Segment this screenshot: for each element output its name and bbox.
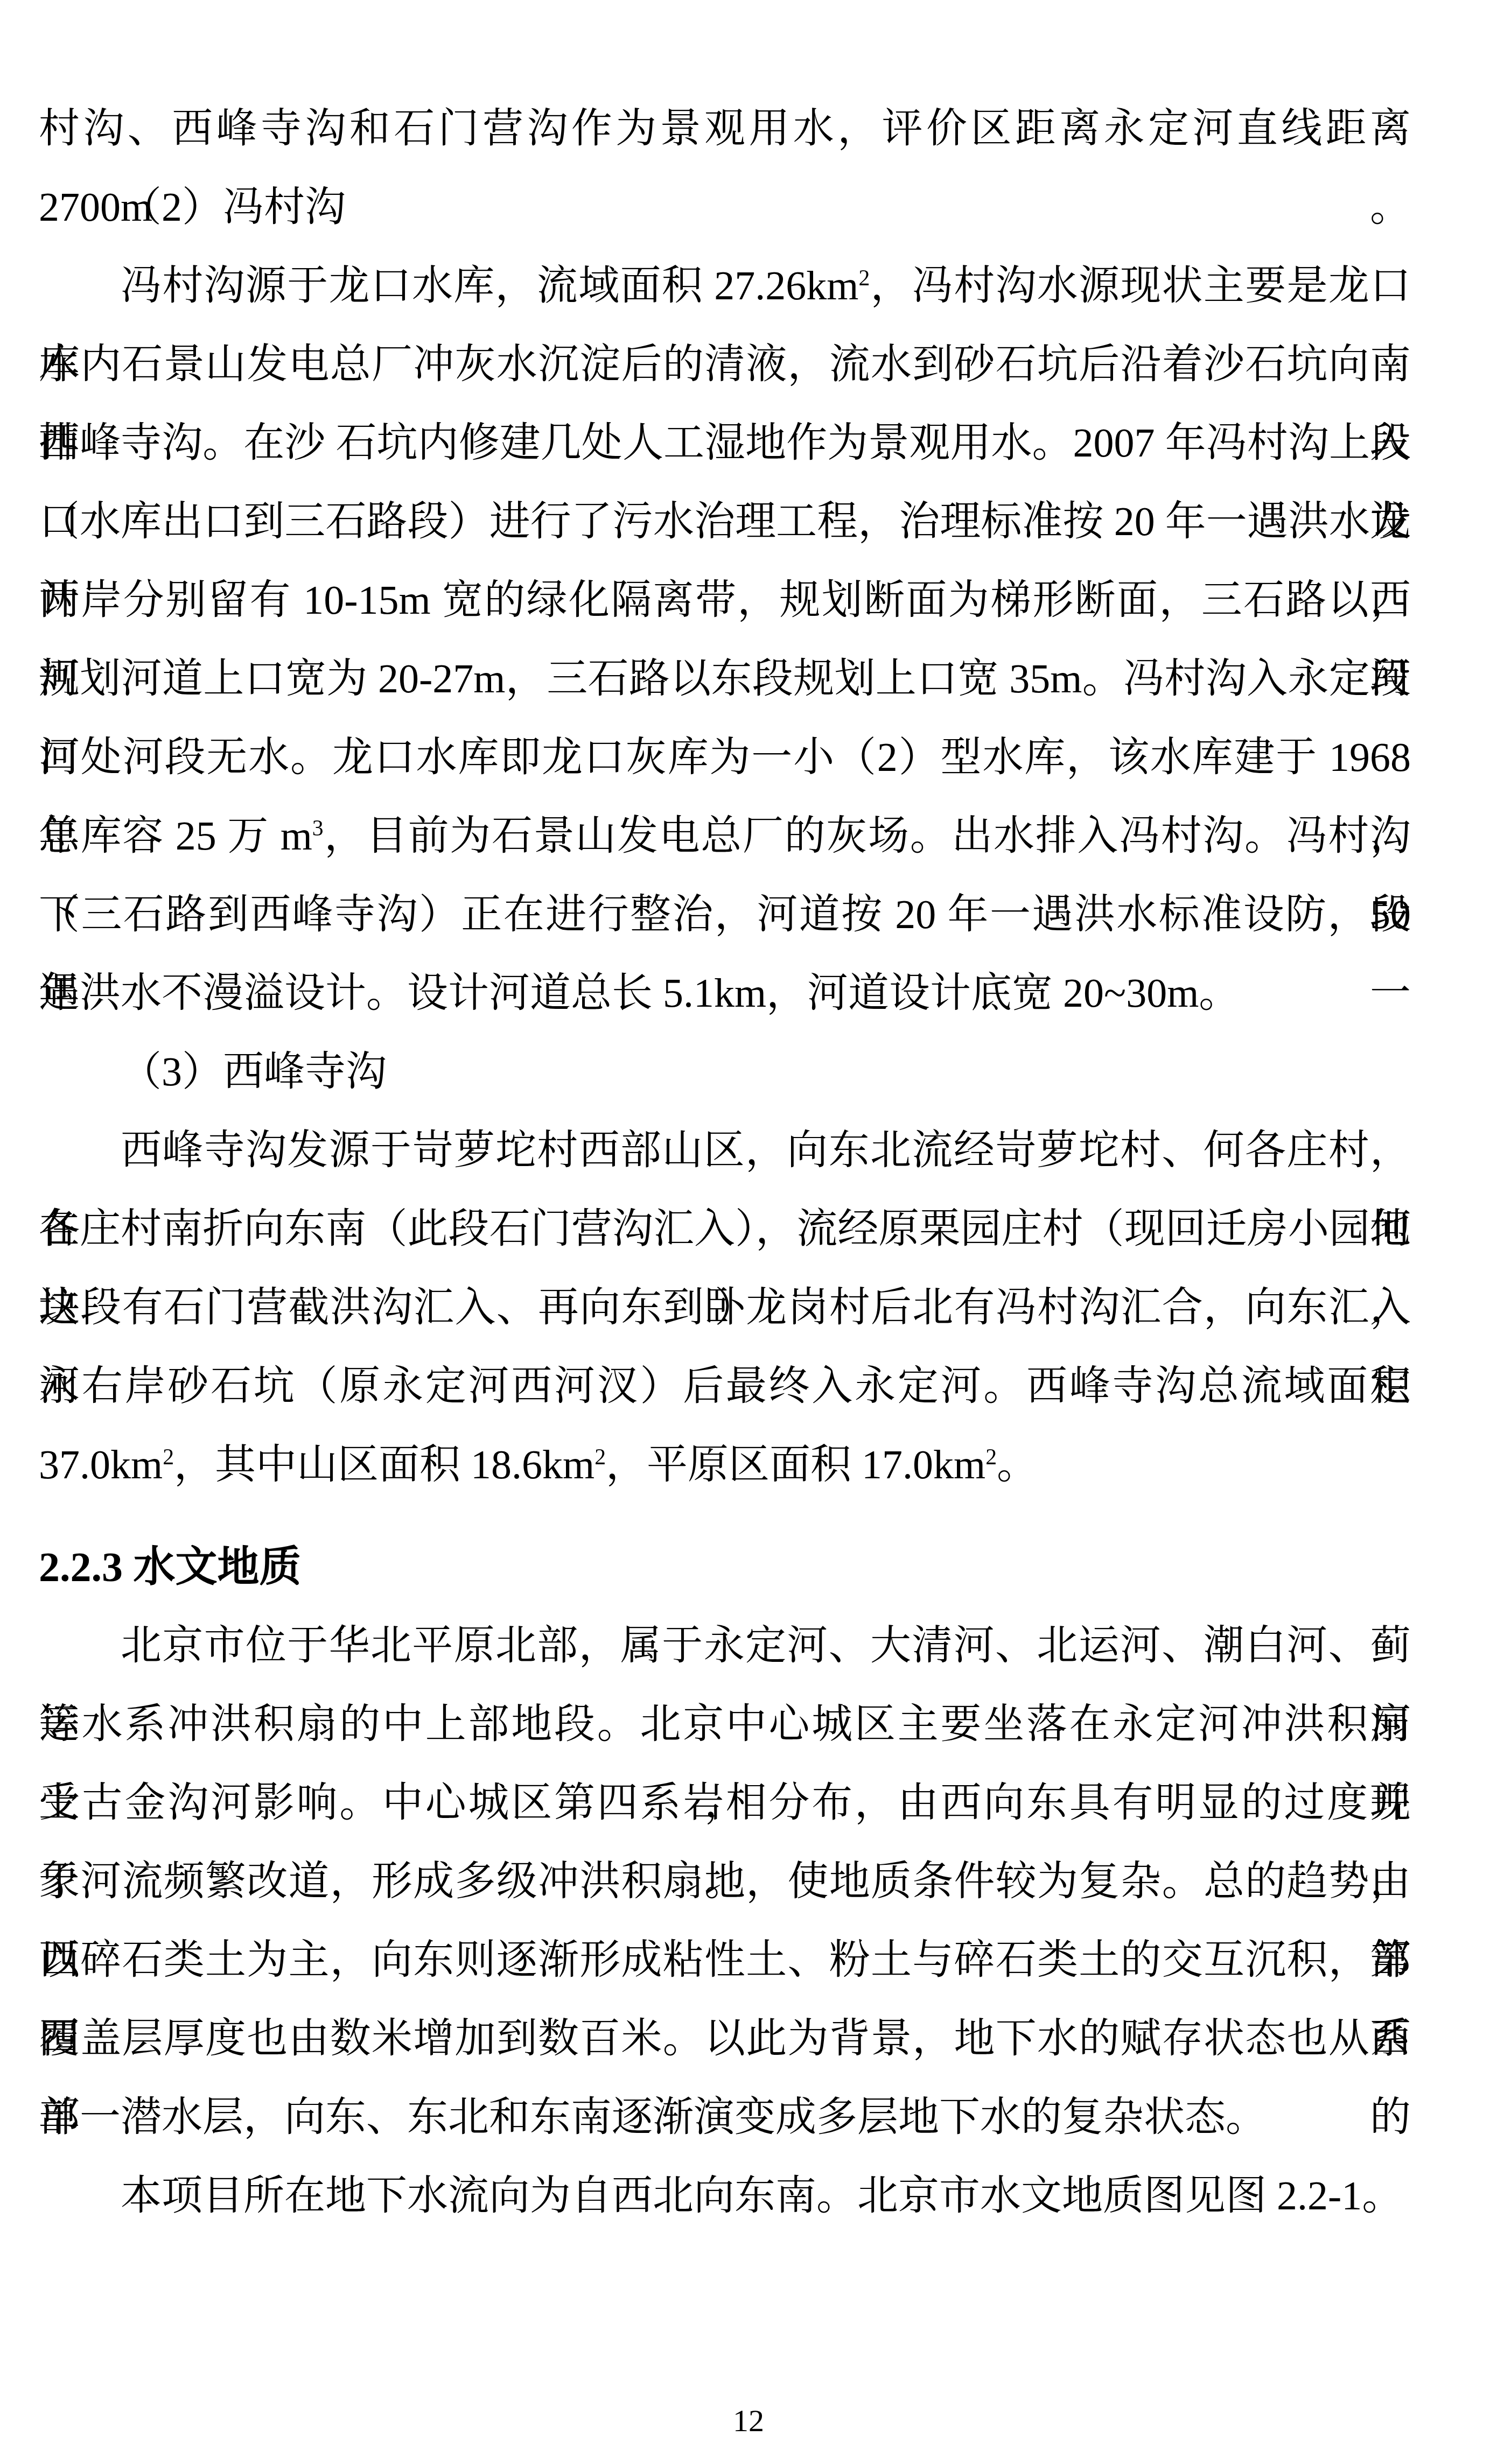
text-run: 本项目所在地下水流向为自西北向东南。北京市水文地质图见图 2.2-1。 bbox=[121, 2173, 1403, 2219]
text-line: 北京市位于华北平原北部，属于永定河、大清河、北运河、潮白河、蓟运河 bbox=[39, 1606, 1411, 1685]
superscript: 2 bbox=[858, 266, 870, 291]
text-run: 37.0km bbox=[39, 1442, 163, 1487]
superscript: 2 bbox=[163, 1445, 174, 1470]
text-line: 总库容 25 万 m3，目前为石景山发电总厂的灰场。出水排入冯村沟。冯村沟下段 bbox=[39, 797, 1411, 875]
text-line: 覆盖层厚度也由数米增加到数百米。以此为背景，地下水的赋存状态也从西部的 bbox=[39, 1999, 1411, 2078]
section-heading-text: 2.2.3 水文地质 bbox=[39, 1543, 302, 1590]
text-line: 库内石景山发电总厂冲灰水沉淀后的清液，流水到砂石坑后沿着沙石坑向南排入 bbox=[39, 325, 1411, 404]
text-line: 规划河道上口宽为 20-27m，三石路以东段规划上口宽 35m。冯村沟入永定河河 bbox=[39, 640, 1411, 718]
text-run: 河右岸砂石坑（原永定河西河汊）后最终入永定河。西峰寺沟总流域面积 bbox=[39, 1364, 1411, 1409]
text-line: 受古金沟河影响。中心城区第四系岩相分布，由西向东具有明显的过度现象。由 bbox=[39, 1764, 1411, 1842]
text-line: 单一潜水层，向东、东北和东南逐渐演变成多层地下水的复杂状态。 bbox=[39, 2078, 1411, 2157]
document-body: 村沟、西峰寺沟和石门营沟作为景观用水，评价区距离永定河直线距离 2700m。 （… bbox=[39, 89, 1411, 2235]
text-line: 以碎石类土为主，向东则逐渐形成粘性土、粉土与碎石类土的交互沉积，第四系 bbox=[39, 1921, 1411, 1999]
text-run: 总库容 25 万 m bbox=[39, 813, 312, 859]
text-run: ，平原区面积 17.0km bbox=[606, 1442, 985, 1487]
superscript: 2 bbox=[594, 1445, 606, 1470]
text-line: 两岸分别留有 10-15m 宽的绿化隔离带，规划断面为梯形断面，三石路以西河段 bbox=[39, 561, 1411, 640]
section-heading: 2.2.3 水文地质 bbox=[39, 1528, 1411, 1606]
text-line: 西峰寺沟。在沙 石坑内修建几处人工湿地作为景观用水。2007 年冯村沟上段（龙 bbox=[39, 404, 1411, 482]
superscript: 2 bbox=[985, 1445, 997, 1470]
text-run: 冯村沟源于龙口水库，流域面积 27.26km bbox=[121, 263, 858, 308]
text-run: 遇洪水不漫溢设计。设计河道总长 5.1km，河道设计底宽 20~30m。 bbox=[39, 971, 1240, 1016]
text-line: 本项目所在地下水流向为自西北向东南。北京市水文地质图见图 2.2-1。 bbox=[39, 2157, 1411, 2235]
text-run: 单一潜水层，向东、东北和东南逐渐演变成多层地下水的复杂状态。 bbox=[39, 2095, 1267, 2140]
text-line: 河右岸砂石坑（原永定河西河汊）后最终入永定河。西峰寺沟总流域面积 bbox=[39, 1347, 1411, 1426]
text-line: 冯村沟源于龙口水库，流域面积 27.26km2，冯村沟水源现状主要是龙口水 bbox=[39, 247, 1411, 325]
list-heading: （3）西峰寺沟 bbox=[39, 1033, 1411, 1111]
text-line: 口处河段无水。龙口水库即龙口灰库为一小（2）型水库，该水库建于 1968 年， bbox=[39, 718, 1411, 797]
text-line: 37.0km2，其中山区面积 18.6km2，平原区面积 17.0km2。 bbox=[39, 1426, 1411, 1504]
page-number: 12 bbox=[0, 2402, 1497, 2440]
text-line: 西峰寺沟发源于岢萝坨村西部山区，向东北流经岢萝坨村、何各庄村，在何 bbox=[39, 1111, 1411, 1190]
text-run: ，其中山区面积 18.6km bbox=[174, 1442, 594, 1487]
text-run: （3）西峰寺沟 bbox=[121, 1049, 387, 1094]
text-run: （2）冯村沟 bbox=[121, 185, 346, 230]
text-line: 等水系冲洪积扇的中上部地段。北京中心城区主要坐落在永定河冲洪积扇上，并 bbox=[39, 1685, 1411, 1764]
document-page: 村沟、西峰寺沟和石门营沟作为景观用水，评价区距离永定河直线距离 2700m。 （… bbox=[0, 0, 1497, 2464]
text-run: 。 bbox=[997, 1442, 1038, 1487]
text-line: 遇洪水不漫溢设计。设计河道总长 5.1km，河道设计底宽 20~30m。 bbox=[39, 954, 1411, 1033]
text-line: 村沟、西峰寺沟和石门营沟作为景观用水，评价区距离永定河直线距离 2700m。 bbox=[39, 89, 1411, 168]
text-line: 各庄村南折向东南（此段石门营沟汇入），流经原栗园庄村（现回迁房小园地块）， bbox=[39, 1190, 1411, 1268]
superscript: 3 bbox=[312, 816, 324, 841]
text-line: （三石路到西峰寺沟）正在进行整治，河道按 20 年一遇洪水标准设防，50 年一 bbox=[39, 875, 1411, 954]
text-line: 口水库出口到三石路段）进行了污水治理工程，治理标准按 20 年一遇洪水设计， bbox=[39, 482, 1411, 561]
text-line: 于河流频繁改道，形成多级冲洪积扇地，使地质条件较为复杂。总的趋势，西部 bbox=[39, 1842, 1411, 1921]
text-line: 这段有石门营截洪沟汇入、再向东到卧龙岗村后北有冯村沟汇合，向东汇入永定 bbox=[39, 1268, 1411, 1347]
